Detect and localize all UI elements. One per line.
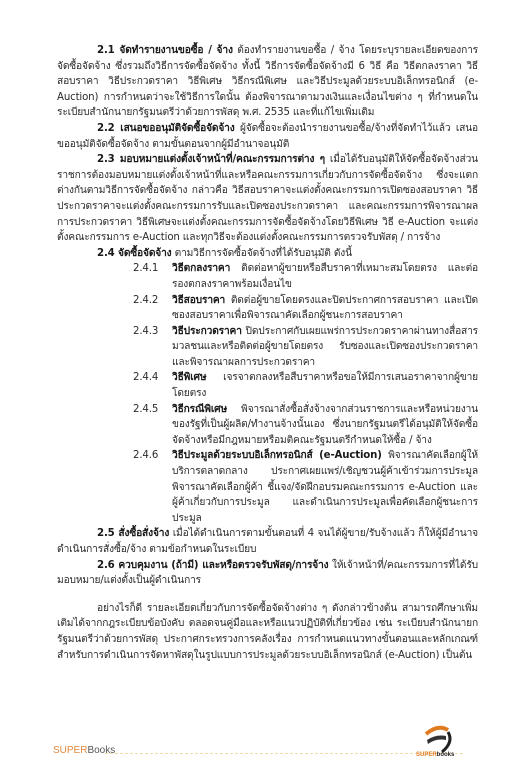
subsection-number: 2.4.4 (133, 370, 158, 386)
logo-super-text: SUPER (416, 752, 437, 758)
section-heading: 2.5 สั่งซื้อสั่งจ้าง (97, 528, 169, 539)
subsection-2-4-4: 2.4.4วิธีพิเศษ เจรจาตกลงหรือสืบราคาหรือข… (57, 370, 478, 401)
paragraph-gap (57, 589, 478, 601)
section-2-4: 2.4 จัดซื้อจัดจ้าง ตามวิธีการจัดซื้อจัดจ… (57, 246, 478, 262)
brand-super-text: SUPER (53, 745, 87, 756)
subsection-text: เจรจาตกลงหรือสืบราคาหรือขอให้มีการเสนอรา… (172, 372, 478, 399)
subsection-2-4-5: 2.4.5วิธีกรณีพิเศษ พิจารณาสั่งซื้อสั่งจ้… (57, 402, 478, 449)
subsection-2-4-1: 2.4.1วิธีตกลงราคา ติดต่อหาผู้ขายหรือสืบร… (57, 261, 478, 292)
subsection-number: 2.4.1 (133, 261, 158, 277)
brand-books-text: Books (87, 745, 115, 756)
section-text: ตามวิธีการจัดซื้อจัดจ้างที่ได้รับอนุมัติ… (172, 248, 352, 259)
section-2-1: 2.1 จัดทำรายงานขอซื้อ / จ้าง ต้องทำรายงา… (57, 43, 478, 121)
document-page: 2.1 จัดทำรายงานขอซื้อ / จ้าง ต้องทำรายงา… (57, 43, 478, 663)
subsection-heading: วิธีกรณีพิเศษ (172, 404, 227, 415)
section-heading: 2.1 จัดทำรายงานขอซื้อ / จ้าง (97, 45, 233, 56)
section-heading: 2.3 มอบหมายแต่งตั้งเจ้าหน้าที่/คณะกรรมกา… (97, 154, 325, 165)
subsection-text: พิจารณาคัดเลือกผู้ให้บริการตลาดกลาง ประก… (172, 450, 478, 523)
subsection-number: 2.4.2 (133, 293, 158, 309)
book-swirl-icon (416, 724, 460, 754)
logo-books-text: books (437, 752, 455, 758)
subsection-heading: วิธีประกวดราคา (172, 326, 242, 337)
subsection-2-4-6: 2.4.6วิธีประมูลด้วยระบบอิเล็กทรอนิกส์ (e… (57, 448, 478, 526)
section-2-2: 2.2 เสนอขออนุมัติจัดซื้อจัดจ้าง ผู้จัดซื… (57, 121, 478, 152)
subsection-heading: วิธีประมูลด้วยระบบอิเล็กทรอนิกส์ (e-Auct… (172, 450, 382, 461)
section-text: ต้องทำรายงานขอซื้อ / จ้าง โดยระบุรายละเอ… (57, 45, 478, 118)
section-heading: 2.2 เสนอขออนุมัติจัดซื้อจัดจ้าง (97, 123, 235, 134)
subsection-2-4-3: 2.4.3วิธีประกวดราคา ปิดประกาศกับเผยแพร่ก… (57, 324, 478, 371)
subsection-number: 2.4.6 (133, 448, 158, 464)
subsection-2-4-2: 2.4.2วิธีสอบราคา ติดต่อผู้ขายโดยตรงและปิ… (57, 293, 478, 324)
logo-text: SUPERbooks (416, 752, 454, 758)
subsection-heading: วิธีสอบราคา (172, 295, 225, 306)
footer-brand: SUPERBooks (53, 745, 115, 756)
footer-dashed-rule (105, 753, 463, 754)
closing-paragraph: อย่างไรก็ดี รายละเอียดเกี่ยวกับการจัดซื้… (57, 601, 478, 663)
section-heading: 2.6 ควบคุมงาน (ถ้ามี) และหรือตรวจรับพัสด… (97, 560, 329, 571)
section-text: เมื่อได้รับอนุมัติให้จัดซื้อจัดจ้างส่วนร… (57, 154, 478, 243)
subsection-heading: วิธีตกลงราคา (172, 263, 230, 274)
superbooks-logo: SUPERbooks (416, 724, 460, 760)
subsection-heading: วิธีพิเศษ (172, 372, 206, 383)
section-2-6: 2.6 ควบคุมงาน (ถ้ามี) และหรือตรวจรับพัสด… (57, 558, 478, 589)
page-footer: SUPERBooks (53, 745, 463, 761)
subsection-number: 2.4.3 (133, 324, 158, 340)
section-2-5: 2.5 สั่งซื้อสั่งจ้าง เมื่อได้ดำเนินการตา… (57, 526, 478, 557)
section-2-3: 2.3 มอบหมายแต่งตั้งเจ้าหน้าที่/คณะกรรมกา… (57, 152, 478, 246)
section-heading: 2.4 จัดซื้อจัดจ้าง (97, 248, 172, 259)
subsection-number: 2.4.5 (133, 402, 158, 418)
